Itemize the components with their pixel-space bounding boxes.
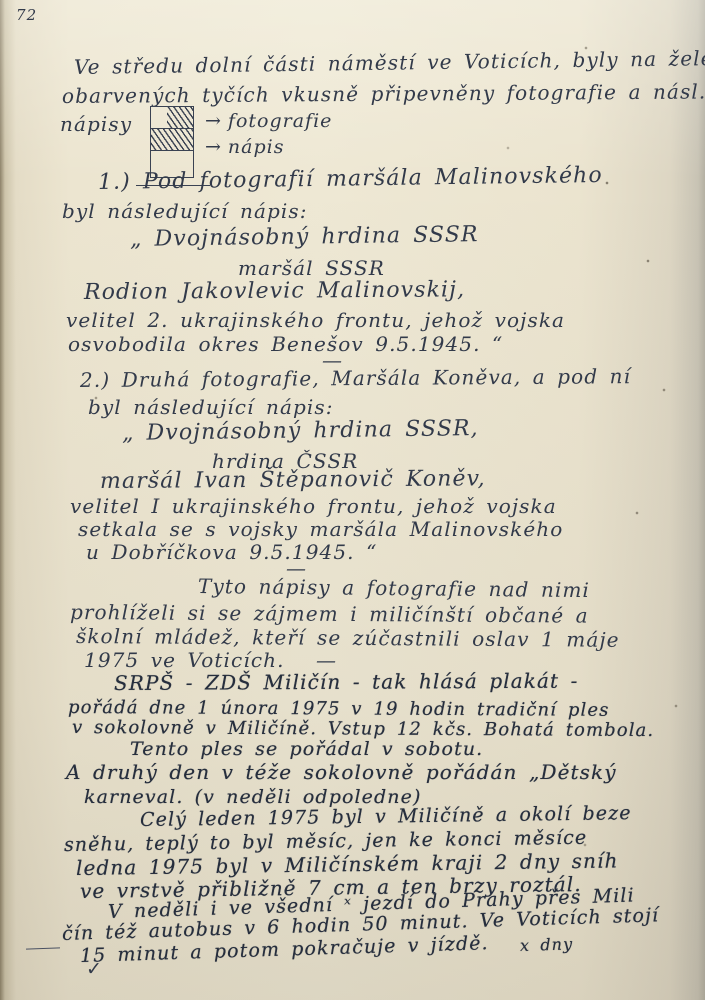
hatching (167, 107, 193, 128)
spectators-line-4: 1975 ve Voticích. (84, 648, 285, 672)
item2-quote-line5: setkala se s vojsky maršála Malinovského (78, 517, 563, 541)
ples-line-4: Tento ples se pořádal v sobotu. (130, 738, 483, 760)
item1-quote-line5: osvobodila okres Benešov 9.5.1945. “ (68, 332, 503, 356)
item1-quote-line2: maršál SSSR (238, 256, 385, 280)
photo-plate-cell (151, 107, 193, 128)
caption-plate-cell (151, 128, 193, 150)
ples-line-6: karneval. (v neděli odpoledne) (84, 786, 421, 808)
item1-quote-line4: velitel 2. ukrajinského frontu, jehož vo… (66, 308, 565, 332)
paragraph-end-dash: — (316, 648, 337, 672)
hatching (151, 129, 193, 150)
intro-line-2: obarvených tyčích vkusně připevněny foto… (62, 80, 705, 108)
diagram-label-caption: →nápis (205, 136, 284, 158)
spectators-line-2: prohlíželi si se zájmem i miličínští obč… (70, 600, 589, 628)
footnote-dny: x dny (520, 934, 574, 955)
ples-line-1: SRPŠ - ZDŠ Miličín - tak hlásá plakát - (114, 669, 579, 695)
pole-diagram-box (150, 106, 194, 178)
item2-heading: 2.) Druhá fotografie, Maršála Koněva, a … (80, 364, 631, 392)
intro-line-1: Ve středu dolní části náměstí ve Voticíc… (74, 45, 705, 79)
item2-quote-line1: „ Dvojnásobný hrdina SSSR, (122, 416, 479, 446)
item1-heading2: byl následující nápis: (62, 199, 308, 223)
page-number: 72 (16, 6, 37, 24)
chronicle-page-scan: 72 Ve středu dolní části náměstí ve Voti… (0, 0, 705, 1000)
item1-quote-line1: „ Dvojnásobný hrdina SSSR (130, 222, 479, 252)
diagram-label-photo-text: fotografie (228, 110, 332, 132)
arrow-icon: → (205, 136, 222, 158)
margin-dash-mark (26, 947, 60, 949)
ples-line-5: A druhý den v téže sokolovně pořádán „Dě… (66, 760, 617, 784)
item2-quote-line6: u Dobříčkova 9.5.1945. “ (86, 540, 377, 564)
diagram-label-caption-text: nápis (228, 136, 285, 158)
spectators-line-1: Tyto nápisy a fotografie nad nimi (198, 574, 590, 602)
item2-quote-line4: velitel I ukrajinského frontu, jehož voj… (70, 494, 557, 518)
arrow-icon: → (205, 110, 222, 132)
item2-quote-line3: maršál Ivan Štěpanovič Koněv, (100, 466, 486, 494)
item2-heading2: byl následující nápis: (88, 395, 334, 419)
item1-quote-line3: Rodion Jakovlevic Malinovskij, (84, 277, 465, 305)
checkmark: ✓ (86, 958, 103, 980)
diagram-label-photo: →fotografie (205, 110, 332, 132)
intro-line-3-lead: nápisy (60, 112, 132, 136)
